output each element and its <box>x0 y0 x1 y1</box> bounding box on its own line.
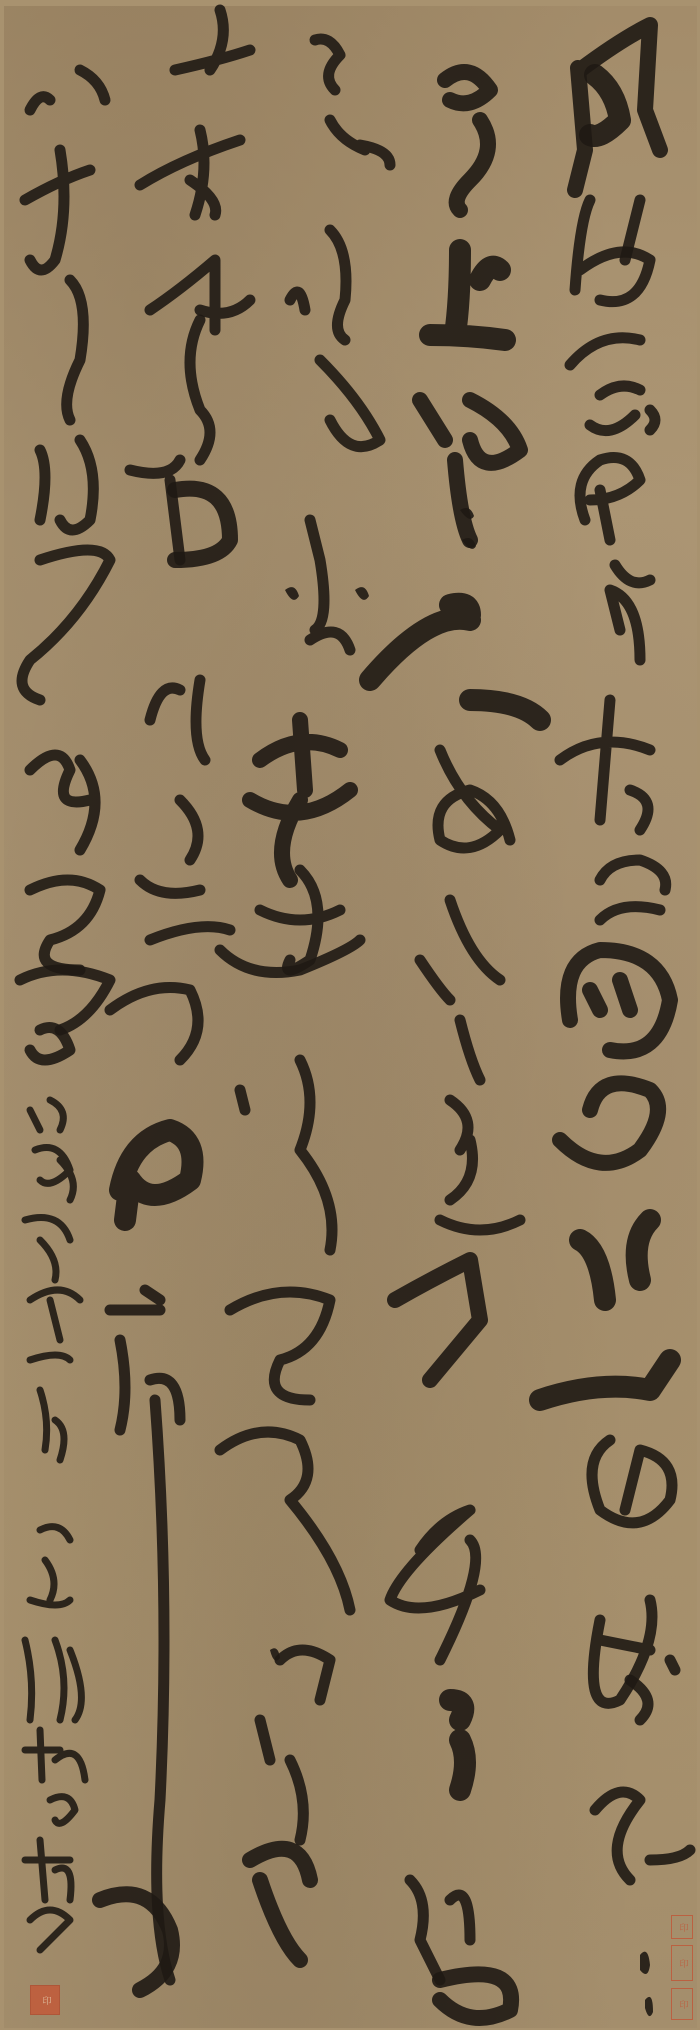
seal-right-1: 印 <box>671 1915 693 1939</box>
column-1-strokes <box>540 25 690 2016</box>
column-5-strokes <box>20 70 110 1060</box>
colophon-strokes <box>25 1100 85 1950</box>
calligraphy-ink <box>0 0 700 2030</box>
seal-right-3: 印 <box>671 1988 693 2020</box>
calligraphy-scroll: 印 印 印 印 <box>0 0 700 2030</box>
column-4-strokes <box>100 10 250 1990</box>
seal-right-2: 印 <box>671 1945 693 1981</box>
column-2-strokes <box>370 72 540 2018</box>
seal-bottom-left: 印 <box>30 1985 60 2015</box>
column-3-strokes <box>220 39 390 1960</box>
